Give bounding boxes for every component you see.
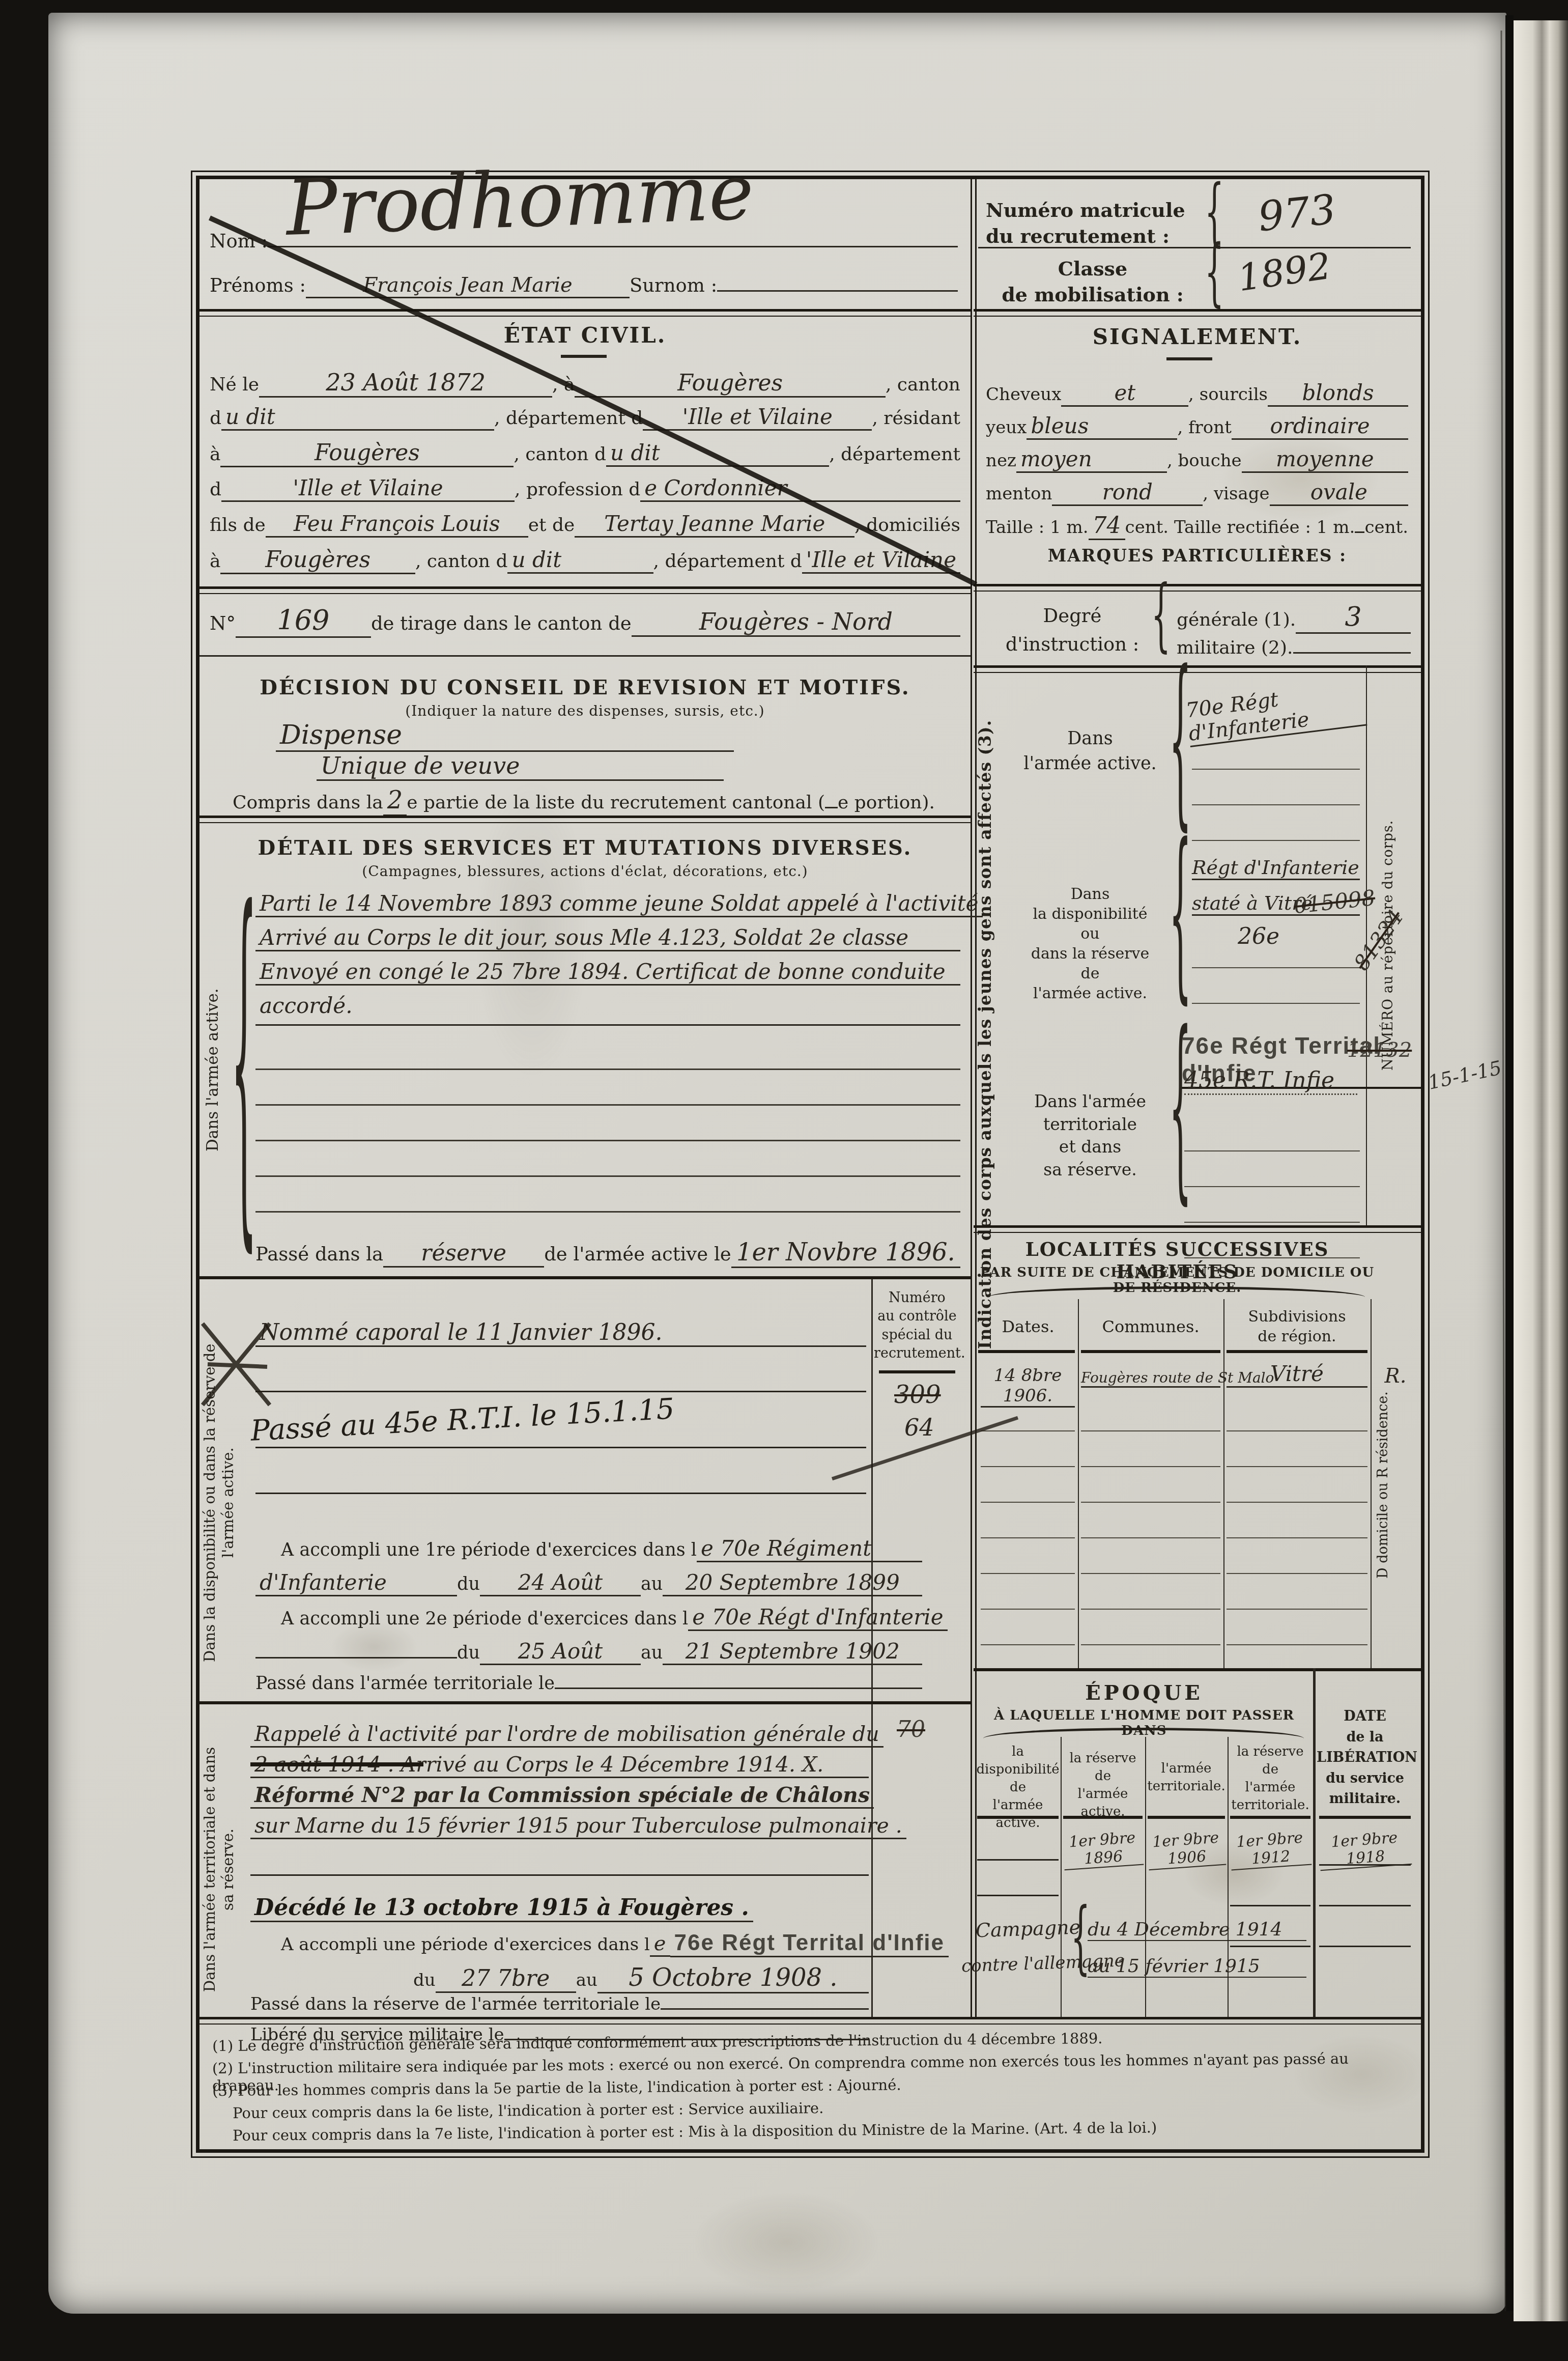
a2-label: à bbox=[210, 444, 220, 465]
compris-value: 2 bbox=[383, 786, 407, 816]
rule bbox=[199, 655, 971, 657]
dept1-label: , département d bbox=[494, 408, 643, 429]
campagne-word: Campagne bbox=[975, 1916, 1080, 1942]
nez-label: nez bbox=[986, 451, 1016, 471]
tirage-row: N° 169 de tirage dans le canton de Fougè… bbox=[210, 604, 960, 638]
rule bbox=[974, 584, 1421, 592]
birth-place: Fougères bbox=[575, 370, 886, 398]
controle-old-number: 309 bbox=[894, 1381, 941, 1409]
bouche-value: moyenne bbox=[1242, 446, 1408, 473]
communes-blank-lines bbox=[1081, 1396, 1220, 1650]
visage-value: ovale bbox=[1270, 480, 1408, 506]
fils-label: fils de bbox=[210, 515, 266, 536]
d-label: d bbox=[210, 408, 221, 429]
passe-reserve-row: Passé dans la réserve de l'armée active … bbox=[255, 1238, 960, 1268]
passe-terr-blank bbox=[555, 1688, 922, 1689]
p1-v2: d'Infanterie bbox=[255, 1570, 457, 1596]
domicilies-label: , domiciliés bbox=[854, 515, 960, 536]
generale-label: générale (1). bbox=[1177, 609, 1296, 630]
blank-line bbox=[250, 1874, 869, 1876]
militaire-value bbox=[1293, 652, 1411, 654]
res-place: Fougères bbox=[220, 440, 514, 467]
mother-value: Tertay Jeanne Marie bbox=[575, 511, 854, 538]
portion-blank bbox=[825, 807, 838, 808]
blank-line bbox=[1319, 1905, 1411, 1906]
bouche-label: , bouche bbox=[1167, 451, 1242, 471]
epoque-date-divider bbox=[1313, 1668, 1316, 2017]
front-label: , front bbox=[1177, 417, 1231, 438]
decision-line-2: Unique de veuve bbox=[317, 752, 724, 781]
periode-terr-row-b: du 27 7bre au 5 Octobre 1908 . bbox=[413, 1963, 869, 1993]
yeux-value: bleus bbox=[1027, 413, 1177, 440]
surnom-value bbox=[717, 290, 958, 292]
residant-label: , résidant bbox=[872, 408, 960, 429]
sec3-text-1: Rappelé à l'activité par l'ordre de mobi… bbox=[250, 1722, 883, 1748]
section3-side-label: Dans l'armée territoriale et dans sa rés… bbox=[201, 1742, 239, 1997]
epoque-underline bbox=[1148, 1816, 1225, 1819]
tirage-text: de tirage dans le canton de bbox=[371, 612, 632, 634]
pt-du: du bbox=[413, 1970, 436, 1990]
col-subdiv-header: Subdivisions de région. bbox=[1223, 1307, 1371, 1346]
detail-line-1: Parti le 14 Novembre 1893 comme jeune So… bbox=[255, 891, 960, 917]
blank-line bbox=[255, 1447, 866, 1448]
p1-from: 24 Août bbox=[480, 1570, 641, 1596]
sig-row-4: menton rond , visage ovale bbox=[986, 480, 1408, 506]
controle-new-number: 64 bbox=[904, 1414, 934, 1441]
canton2-label: , canton d bbox=[514, 444, 606, 465]
p1-pre: A accompli une 1re période d'exercices d… bbox=[281, 1540, 697, 1560]
sec3-text-4: sur Marne du 15 février 1915 pour Tuberc… bbox=[250, 1813, 906, 1839]
prenoms-row: Prénoms : François Jean Marie Surnom : bbox=[210, 273, 958, 298]
nom-label: Nom : bbox=[210, 230, 268, 252]
rule bbox=[199, 309, 971, 317]
p2-au: au bbox=[641, 1643, 663, 1663]
rule bbox=[974, 1225, 1421, 1233]
dom-place: Fougères bbox=[220, 547, 415, 574]
prenoms-label: Prénoms : bbox=[210, 274, 306, 296]
passe-res-label: Passé dans la réserve de l'armée territo… bbox=[250, 1994, 661, 2014]
caporal-text: Nommé caporal le 11 Janvier 1896. bbox=[255, 1319, 866, 1347]
prenoms-value: François Jean Marie bbox=[306, 273, 630, 298]
classe-value: 1892 bbox=[1235, 244, 1333, 300]
repertoire-number-1: 015098 bbox=[1293, 885, 1377, 918]
sec3-line-4: sur Marne du 15 février 1915 pour Tuberc… bbox=[250, 1813, 869, 1839]
etat-civil-title: ÉTAT CIVIL. bbox=[199, 323, 971, 348]
detail-brace: { bbox=[231, 833, 257, 1283]
epoque-value-territoriale: 1er 9bre 1906 bbox=[1147, 1829, 1227, 1870]
epoque-underline bbox=[977, 1816, 1059, 1819]
rule bbox=[199, 816, 971, 823]
father-value: Feu François Louis bbox=[266, 511, 528, 538]
canton1-value: u dit bbox=[221, 404, 494, 431]
scanned-register-page: Prodhomme Nom : Prénoms : François Jean … bbox=[0, 0, 1568, 2361]
corps-dispo-label: Dans la disponibilité ou dans la réserve… bbox=[1014, 884, 1166, 1003]
epoque-col1-header: la disponibilité de l'armée active. bbox=[975, 1743, 1061, 1832]
localite-commune: Fougères route de St Malo bbox=[1081, 1369, 1220, 1388]
epoque-date-header: DATE de la LIBÉRATION du service militai… bbox=[1317, 1706, 1413, 1810]
section2-side-label: Dans la disponibilité ou dans la réserve… bbox=[201, 1325, 239, 1681]
sig-row-3: nez moyen , bouche moyenne bbox=[986, 446, 1408, 473]
compris-pre: Compris dans la bbox=[233, 792, 383, 813]
canton-label: , canton bbox=[886, 374, 960, 395]
repertoire-number-3: 12132 bbox=[1347, 1038, 1412, 1062]
taille-value: 74 bbox=[1089, 513, 1125, 540]
d2-label: d bbox=[210, 479, 221, 500]
periode-terr-row-a: A accompli une période d'exercices dans … bbox=[281, 1930, 869, 1957]
etde-label: et de bbox=[528, 515, 575, 536]
corps-terr-value: 45e R.T. Infie bbox=[1184, 1067, 1357, 1095]
decede-row: Décédé le 13 octobre 1915 à Fougères . bbox=[250, 1895, 708, 1922]
footnote-4: Pour ceux compris dans la 6e liste, l'in… bbox=[233, 2094, 1403, 2122]
p2-to: 21 Septembre 1902 bbox=[663, 1639, 922, 1665]
corps-dispo-blank-lines bbox=[1192, 933, 1360, 1006]
instruction-generale-row: générale (1). 3 bbox=[1177, 602, 1411, 634]
epoque-underline bbox=[1319, 1816, 1411, 1819]
a-label: , à bbox=[552, 374, 575, 395]
generale-value: 3 bbox=[1296, 602, 1411, 634]
footnote-5: Pour ceux compris dans la 7e liste, l'in… bbox=[233, 2117, 1403, 2144]
a3-label: à bbox=[210, 551, 220, 572]
rule bbox=[978, 247, 1411, 248]
compris-end: e portion). bbox=[838, 792, 935, 813]
dept3-value: 'Ille et Vilaine bbox=[802, 547, 960, 574]
nez-value: moyen bbox=[1016, 446, 1167, 473]
compris-mid: e partie de la liste du recrutement cant… bbox=[407, 792, 825, 813]
sourcils-value: blonds bbox=[1268, 380, 1408, 407]
pt-from: 27 7bre bbox=[436, 1965, 576, 1993]
reforme-emphasis-underline bbox=[250, 1762, 423, 1766]
matricule-form: Prodhomme Nom : Prénoms : François Jean … bbox=[196, 176, 1424, 2153]
detail-text-3: Envoyé en congé le 25 7bre 1894. Certifi… bbox=[255, 959, 960, 986]
sig-row-2: yeux bleus , front ordinaire bbox=[986, 413, 1408, 440]
epoque-col2-header: la réserve de l'armée active. bbox=[1061, 1750, 1145, 1821]
militaire-label: militaire (2). bbox=[1177, 637, 1293, 658]
header-underline bbox=[978, 1350, 1075, 1353]
epoque-underline bbox=[1230, 1816, 1310, 1819]
cheveux-value: et bbox=[1061, 380, 1188, 407]
controle-column-divider bbox=[871, 1279, 873, 1701]
sec3-line-1: Rappelé à l'activité par l'ordre de mobi… bbox=[250, 1722, 869, 1748]
title-dash bbox=[1166, 357, 1212, 360]
passe-45e-text: Passé au 45e R.T.I. le 15.1.15 bbox=[250, 1392, 675, 1448]
detail-text-4: accordé. bbox=[255, 993, 561, 1018]
blank-line bbox=[255, 1024, 960, 1026]
col-communes-header: Communes. bbox=[1078, 1317, 1223, 1336]
etat-row-6: à Fougères , canton d u dit , départemen… bbox=[210, 547, 960, 574]
taille-mid: cent. Taille rectifiée : 1 m. bbox=[1125, 517, 1355, 538]
localites-divider-3 bbox=[1371, 1299, 1372, 1668]
detail-text-1: Parti le 14 Novembre 1893 comme jeune So… bbox=[255, 891, 982, 917]
etat-row-5: fils de Feu François Louis et de Tertay … bbox=[210, 511, 960, 538]
controle-header: Numéro au contrôle spécial du recrutemen… bbox=[874, 1289, 960, 1363]
profession-label: , profession d bbox=[515, 479, 640, 500]
pt-e: e bbox=[650, 1932, 670, 1957]
controle-value-3: 70 bbox=[897, 1717, 925, 1742]
periode1-row-a: A accompli une 1re période d'exercices d… bbox=[281, 1536, 922, 1562]
decision-subtitle: (Indiquer la nature des dispenses, sursi… bbox=[199, 702, 971, 719]
header-underline bbox=[1081, 1350, 1220, 1353]
p2-pre: A accompli une 2e période d'exercices da… bbox=[281, 1609, 688, 1629]
epoque-underline bbox=[1063, 1816, 1143, 1819]
detail-title: DÉTAIL DES SERVICES ET MUTATIONS DIVERSE… bbox=[199, 836, 971, 860]
profession-value: e Cordonnier bbox=[640, 475, 960, 502]
detail-side-label: Dans l'armée active. bbox=[204, 902, 222, 1238]
periode2-row-a: A accompli une 2e période d'exercices da… bbox=[281, 1605, 922, 1631]
blank-line bbox=[1319, 1946, 1411, 1947]
page-stack-gap bbox=[1505, 15, 1514, 2311]
rule bbox=[199, 586, 971, 594]
menton-value: rond bbox=[1052, 480, 1203, 506]
etat-row-2: d u dit , département d 'Ille et Vilaine… bbox=[210, 404, 960, 431]
blank-line bbox=[255, 1391, 866, 1392]
tirage-no-value: 169 bbox=[236, 604, 371, 638]
tirage-canton: Fougères - Nord bbox=[632, 608, 960, 637]
signalement-title: SIGNALEMENT. bbox=[974, 324, 1421, 349]
dept3-label: , département d bbox=[653, 551, 802, 572]
taille-end: cent. bbox=[1364, 517, 1408, 538]
footnote-rule bbox=[199, 2017, 1421, 2025]
taille-rect-blank bbox=[1355, 531, 1364, 533]
corps-terr-label: Dans l'armée territoriale et dans sa rés… bbox=[1014, 1090, 1166, 1181]
detail-text-2: Arrivé au Corps le dit jour, sous Mle 4.… bbox=[255, 925, 960, 951]
page-stack-edge bbox=[1514, 20, 1568, 2321]
blank-line bbox=[977, 1859, 1059, 1861]
regiment-stamp: 76e Régt Territal d'Infie bbox=[670, 1930, 949, 1957]
passe-mid: de l'armée active le bbox=[544, 1243, 731, 1265]
nom-handwritten: Prodhomme bbox=[284, 148, 755, 253]
classe-brace: { bbox=[1205, 230, 1224, 315]
classe-label: Classe de mobilisation : bbox=[986, 256, 1200, 308]
localite-dr: R. bbox=[1378, 1364, 1413, 1388]
passe-pre: Passé dans la bbox=[255, 1243, 383, 1265]
localite-subdiv: Vitré bbox=[1227, 1361, 1367, 1388]
caporal-row: Nommé caporal le 11 Janvier 1896. bbox=[255, 1319, 866, 1347]
etat-row-1: Né le 23 Août 1872 , à Fougères , canton bbox=[210, 369, 960, 398]
detail-subtitle: (Campagnes, blessures, actions d'éclat, … bbox=[199, 863, 971, 880]
col-dates-header: Dates. bbox=[978, 1317, 1078, 1336]
rule bbox=[974, 309, 1421, 317]
canton3-label: , canton d bbox=[415, 551, 508, 572]
passe-v1: réserve bbox=[383, 1240, 544, 1268]
instruction-brace: { bbox=[1151, 569, 1171, 662]
marques-label: MARQUES PARTICULIÈRES : bbox=[974, 546, 1421, 566]
blank-line bbox=[1230, 1905, 1310, 1906]
compris-row: Compris dans la 2 e partie de la liste d… bbox=[233, 786, 935, 816]
periode2-row-b: du 25 Août au 21 Septembre 1902 bbox=[255, 1639, 922, 1665]
epoque-value-reserve-active: 1er 9bre 1896 bbox=[1062, 1829, 1144, 1871]
sec3-text-3: Réformé N°2 par la Commission spéciale d… bbox=[250, 1783, 874, 1809]
p1-to: 20 Septembre 1899 bbox=[663, 1570, 922, 1596]
yeux-label: yeux bbox=[986, 417, 1027, 438]
epoque-title: ÉPOQUE bbox=[974, 1681, 1315, 1705]
blank-ruled-area bbox=[255, 1034, 960, 1218]
dates-blank-lines bbox=[981, 1396, 1075, 1650]
epoque-value-reserve-terr: 1er 9bre 1912 bbox=[1229, 1829, 1312, 1871]
birth-date: 23 Août 1872 bbox=[259, 369, 552, 398]
pt-pre: A accompli une période d'exercices dans … bbox=[281, 1934, 650, 1955]
passe-res-blank bbox=[661, 2008, 869, 2010]
passe-res-terr-row: Passé dans la réserve de l'armée territo… bbox=[250, 1994, 869, 2014]
pt-au: au bbox=[576, 1970, 597, 1990]
p1-v1: e 70e Régiment bbox=[697, 1536, 922, 1562]
front-value: ordinaire bbox=[1232, 413, 1408, 440]
header-underline bbox=[1227, 1350, 1367, 1353]
decision-dispense: Dispense bbox=[276, 720, 734, 752]
decision-motif: Unique de veuve bbox=[317, 752, 724, 781]
matricule-label: Numéro matricule du recrutement : bbox=[986, 197, 1200, 249]
rule bbox=[974, 665, 1421, 673]
menton-label: menton bbox=[986, 484, 1052, 504]
etat-row-3: à Fougères , canton d u dit , départemen… bbox=[210, 440, 960, 467]
ne-le-label: Né le bbox=[210, 374, 259, 395]
blank-line bbox=[1319, 1864, 1411, 1866]
decision-line-1: Dispense bbox=[276, 720, 734, 752]
dept2-value: 'Ille et Vilaine bbox=[221, 475, 515, 502]
detail-line-4: accordé. bbox=[255, 993, 561, 1018]
localites-divider-2 bbox=[1223, 1299, 1224, 1668]
corps-active-blank-lines bbox=[1192, 734, 1360, 844]
sig-row-taille: Taille : 1 m. 74 cent. Taille rectifiée … bbox=[986, 513, 1408, 540]
col-dr-header: D domicile ou R résidence. bbox=[1375, 1309, 1416, 1661]
dept2-label: , département bbox=[829, 444, 960, 465]
sec3-line-3: Réformé N°2 par la Commission spéciale d… bbox=[250, 1783, 869, 1809]
periode1-row-b: d'Infanterie du 24 Août au 20 Septembre … bbox=[255, 1570, 922, 1596]
p2-from: 25 Août bbox=[480, 1639, 641, 1665]
p1-du: du bbox=[457, 1574, 480, 1594]
instruction-label: Degré d'instruction : bbox=[999, 602, 1146, 658]
taille-label: Taille : 1 m. bbox=[986, 517, 1089, 538]
blank-line bbox=[255, 1493, 866, 1494]
p1-au: au bbox=[641, 1574, 663, 1594]
sourcils-label: , sourcils bbox=[1188, 384, 1268, 405]
p2-v1: e 70e Régt d'Infanterie bbox=[688, 1605, 947, 1631]
surnom-label: Surnom : bbox=[630, 274, 717, 296]
section-rule bbox=[199, 1276, 971, 1279]
p2-du: du bbox=[457, 1643, 480, 1663]
tirage-no-label: N° bbox=[210, 612, 236, 634]
pt-to: 5 Octobre 1908 . bbox=[597, 1963, 869, 1993]
passe-terr-label: Passé dans l'armée territoriale le bbox=[255, 1673, 555, 1694]
epoque-col3-header: l'armée territoriale. bbox=[1145, 1760, 1228, 1795]
instruction-militaire-row: militaire (2). bbox=[1177, 637, 1411, 658]
title-dash bbox=[561, 355, 607, 358]
decision-title: DÉCISION DU CONSEIL DE REVISION ET MOTIF… bbox=[199, 676, 971, 699]
section-rule bbox=[974, 1668, 1421, 1671]
corps-dispo-value-1: Régt d'Infanterie bbox=[1192, 856, 1360, 880]
matricule-value: 973 bbox=[1256, 185, 1338, 240]
passe-v2: 1er Novbre 1896. bbox=[731, 1238, 960, 1268]
controle-column-divider-3 bbox=[871, 1704, 873, 2017]
controle-underline bbox=[879, 1370, 955, 1373]
detail-line-3: Envoyé en congé le 25 7bre 1894. Certifi… bbox=[255, 959, 960, 986]
p2-blank bbox=[255, 1657, 457, 1659]
detail-line-2: Arrivé au Corps le dit jour, sous Mle 4.… bbox=[255, 925, 960, 951]
cheveux-label: Cheveux bbox=[986, 384, 1061, 405]
sig-row-1: Cheveux et , sourcils blonds bbox=[986, 380, 1408, 407]
subdiv-blank-lines bbox=[1227, 1396, 1367, 1650]
blank-line bbox=[977, 1895, 1059, 1896]
corps-active-label: Dans l'armée active. bbox=[1014, 726, 1166, 776]
blank-line bbox=[1230, 1946, 1310, 1947]
visage-label: , visage bbox=[1203, 484, 1269, 504]
passe-terr-row: Passé dans l'armée territoriale le bbox=[255, 1673, 922, 1694]
canton2-value: u dit bbox=[606, 440, 829, 467]
section-rule bbox=[199, 1701, 971, 1704]
epoque-col4-header: la réserve de l'armée territoriale. bbox=[1228, 1743, 1313, 1814]
etat-row-4: d 'Ille et Vilaine , profession d e Cord… bbox=[210, 475, 960, 502]
canton3-value: u dit bbox=[507, 547, 653, 574]
localites-divider-1 bbox=[1078, 1299, 1079, 1668]
corps-dispo-brace: { bbox=[1169, 804, 1192, 1021]
decede-text: Décédé le 13 octobre 1915 à Fougères . bbox=[250, 1895, 753, 1922]
dept1-value: 'Ille et Vilaine bbox=[643, 404, 872, 431]
campagne-from: du 4 Décembre 1914 bbox=[1088, 1919, 1306, 1941]
